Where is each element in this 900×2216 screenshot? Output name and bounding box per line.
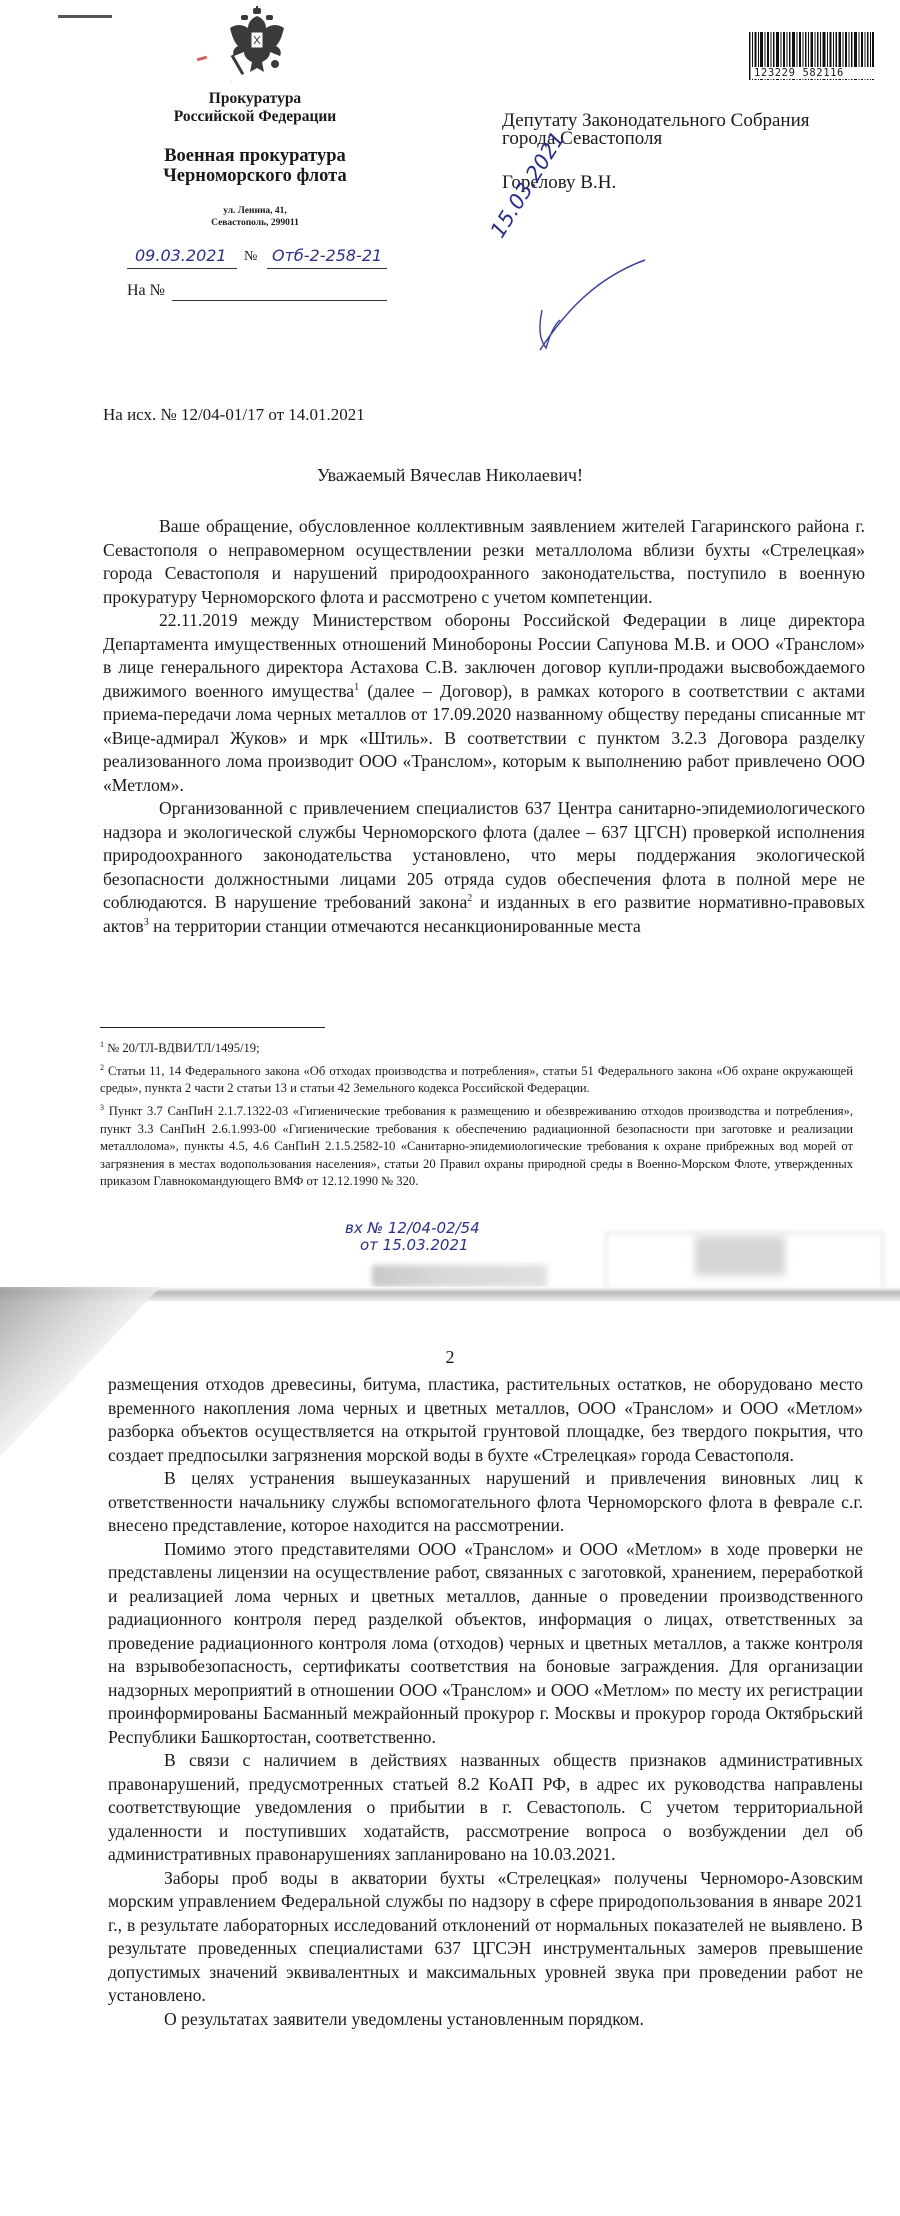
paragraph: размещения отходов древесины, битума, пл… [108,1373,863,1467]
paragraph: Заборы проб воды в акватории бухты «Стре… [108,1867,863,2008]
footnote: 3 Пункт 3.7 СанПиН 2.1.7.1322-03 «Гигиен… [100,1099,853,1191]
redacted-stamp [372,1265,547,1287]
letter-body-page-1: Ваше обращение, обусловленное коллективн… [103,515,865,938]
org-name: Прокуратура Российской Федерации [120,90,390,126]
red-mark [197,56,207,61]
scan-mark [58,15,112,18]
page-number: 2 [0,1347,900,1368]
org-address: ул. Ленина, 41, Севастополь, 299011 [120,205,390,229]
redacted-box-content [695,1236,785,1276]
page-1: Прокуратура Российской Федерации Военная… [0,0,900,1287]
paragraph: 22.11.2019 между Министерством обороны Р… [103,609,865,797]
reply-to-label: На № [127,282,165,299]
footnote-divider [100,1027,325,1028]
outgoing-number: Отб-2-258-21 [272,246,382,265]
incoming-registration-stamp: вх № 12/04-02/54 от 15.03.2021 [345,1220,480,1254]
barcode-number: 123229 582116 [752,67,874,79]
org-line-2: Российской Федерации [120,108,390,126]
reference-line: На исх. № 12/04-01/17 от 14.01.2021 [103,405,365,425]
outgoing-date-number: 09.03.2021 № Отб-2-258-21 [127,246,397,272]
footnotes: 1 № 20/ТЛ-ВДВИ/ТЛ/1495/19; 2 Статьи 11, … [100,1036,853,1192]
greeting: Уважаемый Вячеслав Николаевич! [0,465,900,486]
dept-name: Военная прокуратура Черноморского флота [120,146,390,186]
paragraph: В связи с наличием в действиях названных… [108,1749,863,1867]
paragraph: О результатах заявители уведомлены устан… [108,2008,863,2032]
dept-line-2: Черноморского флота [120,166,390,186]
address-line-1: ул. Ленина, 41, [120,205,390,217]
paragraph: Ваше обращение, обусловленное коллективн… [103,515,865,609]
footnote: 2 Статьи 11, 14 Федерального закона «Об … [100,1059,853,1098]
dept-line-1: Военная прокуратура [120,146,390,166]
incoming-date: от 15.03.2021 [345,1237,480,1254]
footnote: 1 № 20/ТЛ-ВДВИ/ТЛ/1495/19; [100,1036,853,1058]
handwritten-signature [520,240,650,350]
letter-body-page-2: размещения отходов древесины, битума, пл… [108,1373,863,2031]
russian-coat-of-arms-icon [222,6,292,82]
outgoing-date: 09.03.2021 [135,246,227,265]
org-line-1: Прокуратура [120,90,390,108]
address-line-2: Севастополь, 299011 [120,217,390,229]
incoming-number: вх № 12/04-02/54 [345,1220,480,1237]
reply-to-field: На № [127,282,165,300]
paragraph: В целях устранения вышеуказанных нарушен… [108,1467,863,1538]
paragraph: Организованной с привлечением специалист… [103,797,865,938]
paragraph: Помимо этого представителями ООО «Трансл… [108,1538,863,1750]
number-sign: № [244,249,257,265]
